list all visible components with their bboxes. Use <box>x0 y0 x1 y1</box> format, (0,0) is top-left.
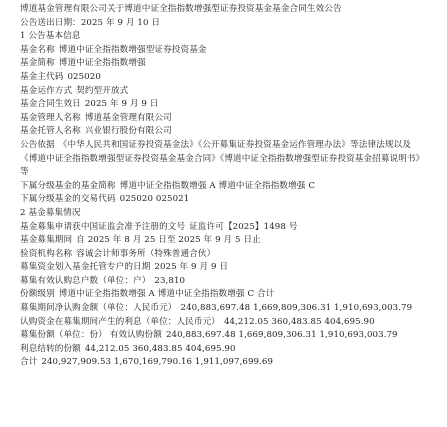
row-value: 契约型开放式 <box>76 86 128 96</box>
row-value: 博道中证全指指数增强 A 博道中证全指指数增强 C 合计 <box>59 289 275 299</box>
info-row-effective-date: 基金合同生效日2025 年 9 月 9 日 <box>20 98 427 112</box>
share-class-codes: 下属分级基金的交易代码025020 025021 <box>20 193 427 207</box>
row-label: 基金合同生效日 <box>20 99 81 109</box>
row-value: 自 2025 年 8 月 25 日至 2025 年 9 月 5 日止 <box>76 235 261 245</box>
row-value: 博道基金管理有限公司 <box>85 113 172 123</box>
row-value: 博道中证全指指数增强 A 博道中证全指指数增强 C <box>120 181 315 191</box>
row-label: 基金运作方式 <box>20 86 72 96</box>
row-value: 025020 025021 <box>120 194 190 204</box>
info-row-custodian: 基金托管人名称兴业银行股份有限公司 <box>20 125 427 139</box>
release-date: 公告送出日期：2025 年 9 月 10 日 <box>20 17 427 31</box>
document-title: 博道基金管理有限公司关于博道中证全指指数增强型证券投资基金基金合同生效公告 <box>20 3 427 17</box>
row-value: 容诚会计师事务所（特殊普通合伙） <box>76 249 215 259</box>
row-value: 兴业银行股份有限公司 <box>85 126 172 136</box>
raise-row-total: 合计240,927,909.53 1,670,169,790.16 1,911,… <box>20 356 427 370</box>
basis-text: 《中华人民共和国证券投资基金法》《公开募集证券投资基金运作管理办法》等法律法规以… <box>59 140 411 150</box>
raise-row-period: 基金募集期间自 2025 年 8 月 25 日至 2025 年 9 月 5 日止 <box>20 234 427 248</box>
row-label: 募集有效认购总户数（单位：户） <box>20 276 150 286</box>
row-label: 验资机构名称 <box>20 249 72 259</box>
basis-line-2: 《博道中证全指指数增强型证券投资基金基金合同》《博道中证全指指数增强型证券投资基… <box>20 153 427 167</box>
raise-row-interest-shares: 利息结转的份额44,212.05 360,483.85 404,695.90 <box>20 343 427 357</box>
raise-row-share-class: 份额级别博道中证全指指数增强 A 博道中证全指指数增强 C 合计 <box>20 288 427 302</box>
row-value: 2025 年 9 月 9 日 <box>154 262 228 272</box>
row-label: 基金名称 <box>20 45 55 55</box>
raise-row-net-amount: 募集期间净认购金额（单位：人民币元）240,883,697.48 1,669,8… <box>20 302 427 316</box>
row-value: 博道中证全指指数增强 <box>59 58 146 68</box>
share-class-names: 下属分级基金的基金简称博道中证全指指数增强 A 博道中证全指指数增强 C <box>20 180 427 194</box>
row-label: 认购资金在募集期间产生的利息（单位：人民币元） <box>20 317 220 327</box>
info-row-operation-mode: 基金运作方式契约型开放式 <box>20 85 427 99</box>
basis-line-3: 等 <box>20 166 427 180</box>
row-label: 基金管理人名称 <box>20 113 81 123</box>
row-label: 募集份额（单位：份） 有效认购份额 <box>20 330 162 340</box>
row-value: 2025 年 9 月 9 日 <box>85 99 159 109</box>
row-value: 240,883,697.48 1,669,809,306.31 1,910,69… <box>181 303 413 313</box>
raise-row-registration: 基金募集申请获中国证监会准予注册的文号证监许可【2025】1498 号 <box>20 221 427 235</box>
raise-row-auditor: 验资机构名称容诚会计师事务所（特殊普通合伙） <box>20 248 427 262</box>
basis-label: 公告依据 <box>20 140 55 150</box>
row-label: 利息结转的份额 <box>20 344 81 354</box>
row-label: 基金简称 <box>20 58 55 68</box>
announcement-document: 博道基金管理有限公司关于博道中证全指指数增强型证券投资基金基金合同生效公告 公告… <box>0 0 447 370</box>
raise-row-valid-shares: 募集份额（单位：份） 有效认购份额240,883,697.48 1,669,80… <box>20 329 427 343</box>
row-label: 基金托管人名称 <box>20 126 81 136</box>
row-value: 240,883,697.48 1,669,809,306.31 1,910,69… <box>166 330 398 340</box>
info-row-manager: 基金管理人名称博道基金管理有限公司 <box>20 112 427 126</box>
row-label: 基金主代码 <box>20 72 63 82</box>
row-label: 合计 <box>20 357 37 367</box>
row-value: 44,212.05 360,483.85 404,695.90 <box>224 317 375 327</box>
row-label: 基金募集期间 <box>20 235 72 245</box>
row-label: 下属分级基金的基金简称 <box>20 181 116 191</box>
info-row-fund-short-name: 基金简称博道中证全指指数增强 <box>20 57 427 71</box>
row-label: 募集资金划入基金托管专户的日期 <box>20 262 150 272</box>
info-row-fund-code: 基金主代码025020 <box>20 71 427 85</box>
section2-heading: 2 基金募集情况 <box>20 207 427 221</box>
row-label: 份额级别 <box>20 289 55 299</box>
row-value: 23,810 <box>154 276 185 286</box>
row-value: 025020 <box>67 72 100 82</box>
row-label: 下属分级基金的交易代码 <box>20 194 116 204</box>
info-row-fund-name: 基金名称博道中证全指指数增强型证券投资基金 <box>20 44 427 58</box>
basis-line-1: 公告依据《中华人民共和国证券投资基金法》《公开募集证券投资基金运作管理办法》等法… <box>20 139 427 153</box>
row-value: 240,927,909.53 1,670,169,790.16 1,911,09… <box>41 357 273 367</box>
row-value: 博道中证全指指数增强型证券投资基金 <box>59 45 207 55</box>
raise-row-subscribers: 募集有效认购总户数（单位：户）23,810 <box>20 275 427 289</box>
row-value: 44,212.05 360,483.85 404,695.90 <box>85 344 236 354</box>
row-value: 证监许可【2025】1498 号 <box>189 222 297 232</box>
raise-row-transfer-date: 募集资金划入基金托管专户的日期2025 年 9 月 9 日 <box>20 261 427 275</box>
section1-heading: 1 公告基本信息 <box>20 30 427 44</box>
row-label: 基金募集申请获中国证监会准予注册的文号 <box>20 222 185 232</box>
row-label: 募集期间净认购金额（单位：人民币元） <box>20 303 177 313</box>
raise-row-interest: 认购资金在募集期间产生的利息（单位：人民币元）44,212.05 360,483… <box>20 316 427 330</box>
